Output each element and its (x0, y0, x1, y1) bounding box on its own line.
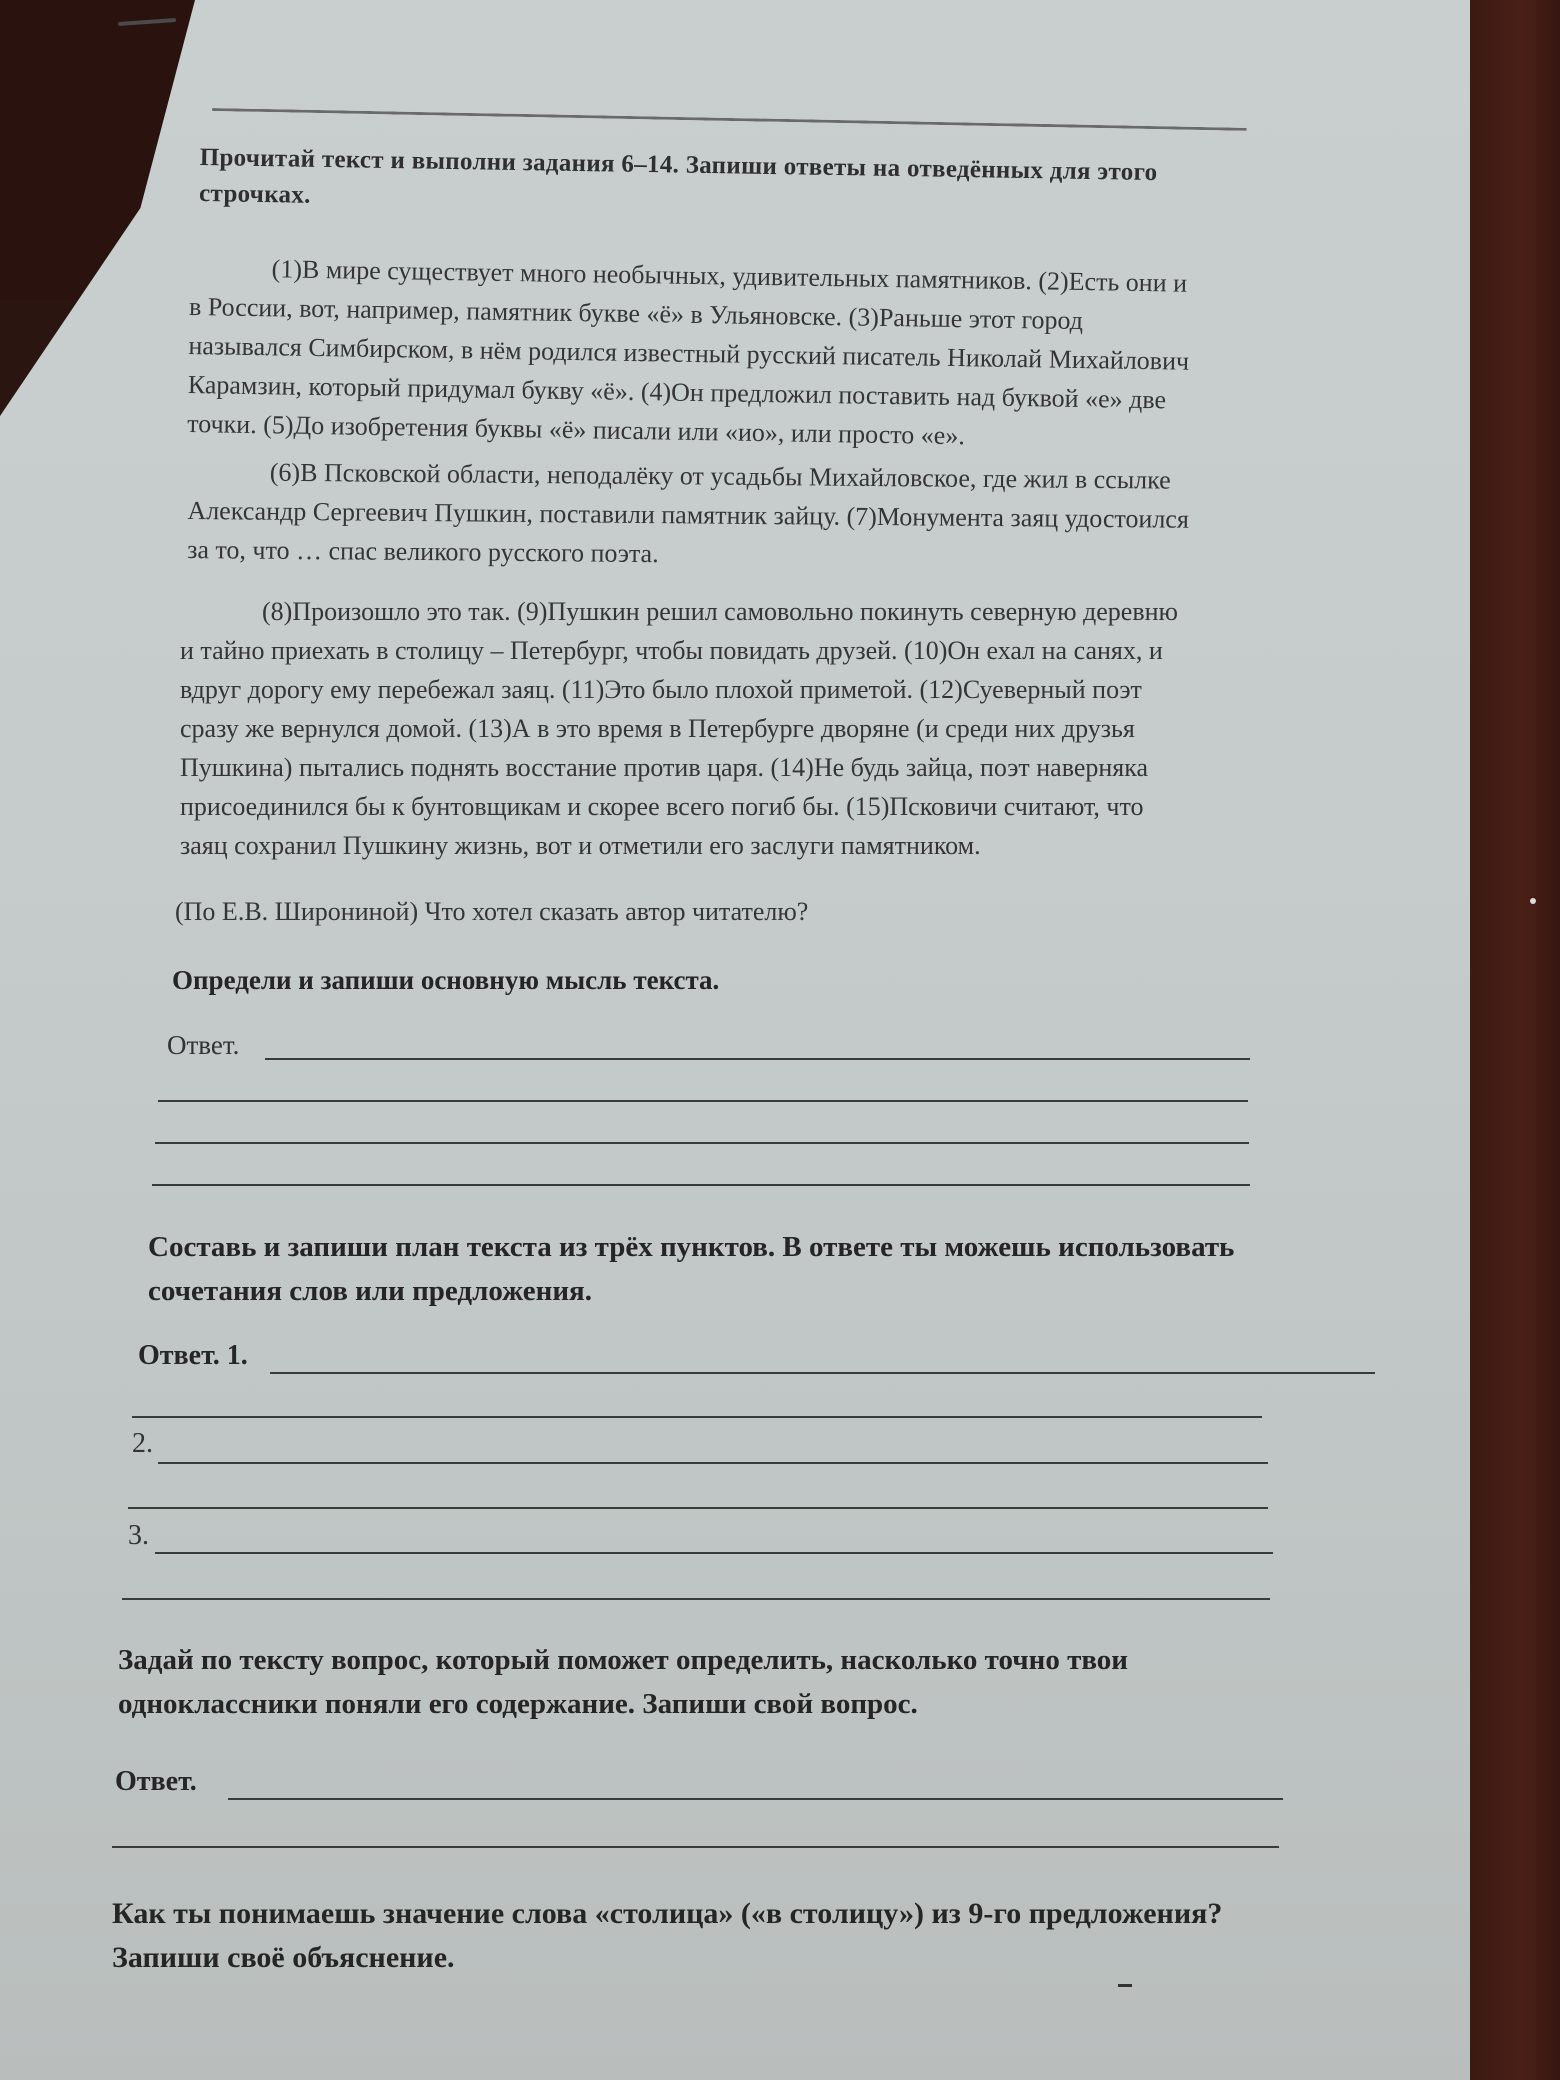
answer-label: Ответ. (115, 1766, 197, 1798)
text-line: присоединился бы к бунтовщикам и скорее … (180, 787, 1360, 826)
answer-line[interactable] (228, 1798, 1283, 1800)
text-line: Пушкина) пытались поднять восстание прот… (180, 748, 1360, 787)
background-speck (1530, 898, 1536, 904)
task-plan-prompt: Составь и запиши план текста из трёх пун… (148, 1225, 1408, 1313)
text-source: (По Е.В. Широниной) Что хотел сказать ав… (175, 892, 808, 931)
text-line: и тайно приехать в столицу – Петербург, … (180, 631, 1360, 670)
text-line: (6)В Псковской области, неподалёку от ус… (270, 458, 1171, 495)
answer-line[interactable] (158, 1100, 1248, 1102)
answer-line[interactable] (265, 1058, 1250, 1060)
pen-mark (1118, 1984, 1132, 1987)
plan-item-3-line[interactable] (155, 1552, 1273, 1554)
plan-item-2-line[interactable] (158, 1462, 1268, 1464)
answer-line[interactable] (128, 1507, 1268, 1509)
text-line: заяц сохранил Пушкину жизнь, вот и отмет… (180, 826, 1360, 865)
answer-line[interactable] (152, 1184, 1250, 1186)
answer-label: Ответ. 1. (138, 1340, 248, 1372)
text-line: вдруг дорогу ему перебежал заяц. (11)Это… (180, 670, 1360, 709)
task-main-idea-prompt: Определи и запиши основную мысль текста. (172, 958, 719, 1002)
task-word-meaning-prompt: Как ты понимаешь значение слова «столица… (112, 1892, 1512, 1980)
answer-line[interactable] (122, 1598, 1270, 1600)
answer-line[interactable] (112, 1846, 1279, 1848)
text-paragraph-2: (6)В Псковской области, неподалёку от ус… (187, 452, 1348, 579)
text-paragraph-3: (8)Произошло это так. (9)Пушкин решил са… (180, 592, 1360, 865)
answer-label: Ответ. (167, 1030, 239, 1061)
answer-line[interactable] (132, 1416, 1262, 1418)
plan-item-1-line[interactable] (270, 1372, 1375, 1374)
background-right (1470, 0, 1560, 2080)
text-line: сразу же вернулся домой. (13)А в это вре… (180, 709, 1360, 748)
answer-line[interactable] (155, 1142, 1249, 1144)
text-paragraph-1: (1)В мире существует много необычных, уд… (187, 248, 1350, 461)
task-question-prompt: Задай по тексту вопрос, который поможет … (118, 1638, 1418, 1726)
text-line: (8)Произошло это так. (9)Пушкин решил са… (262, 597, 1178, 626)
plan-item-label: 3. (128, 1520, 149, 1552)
plan-item-label: 2. (132, 1428, 153, 1460)
